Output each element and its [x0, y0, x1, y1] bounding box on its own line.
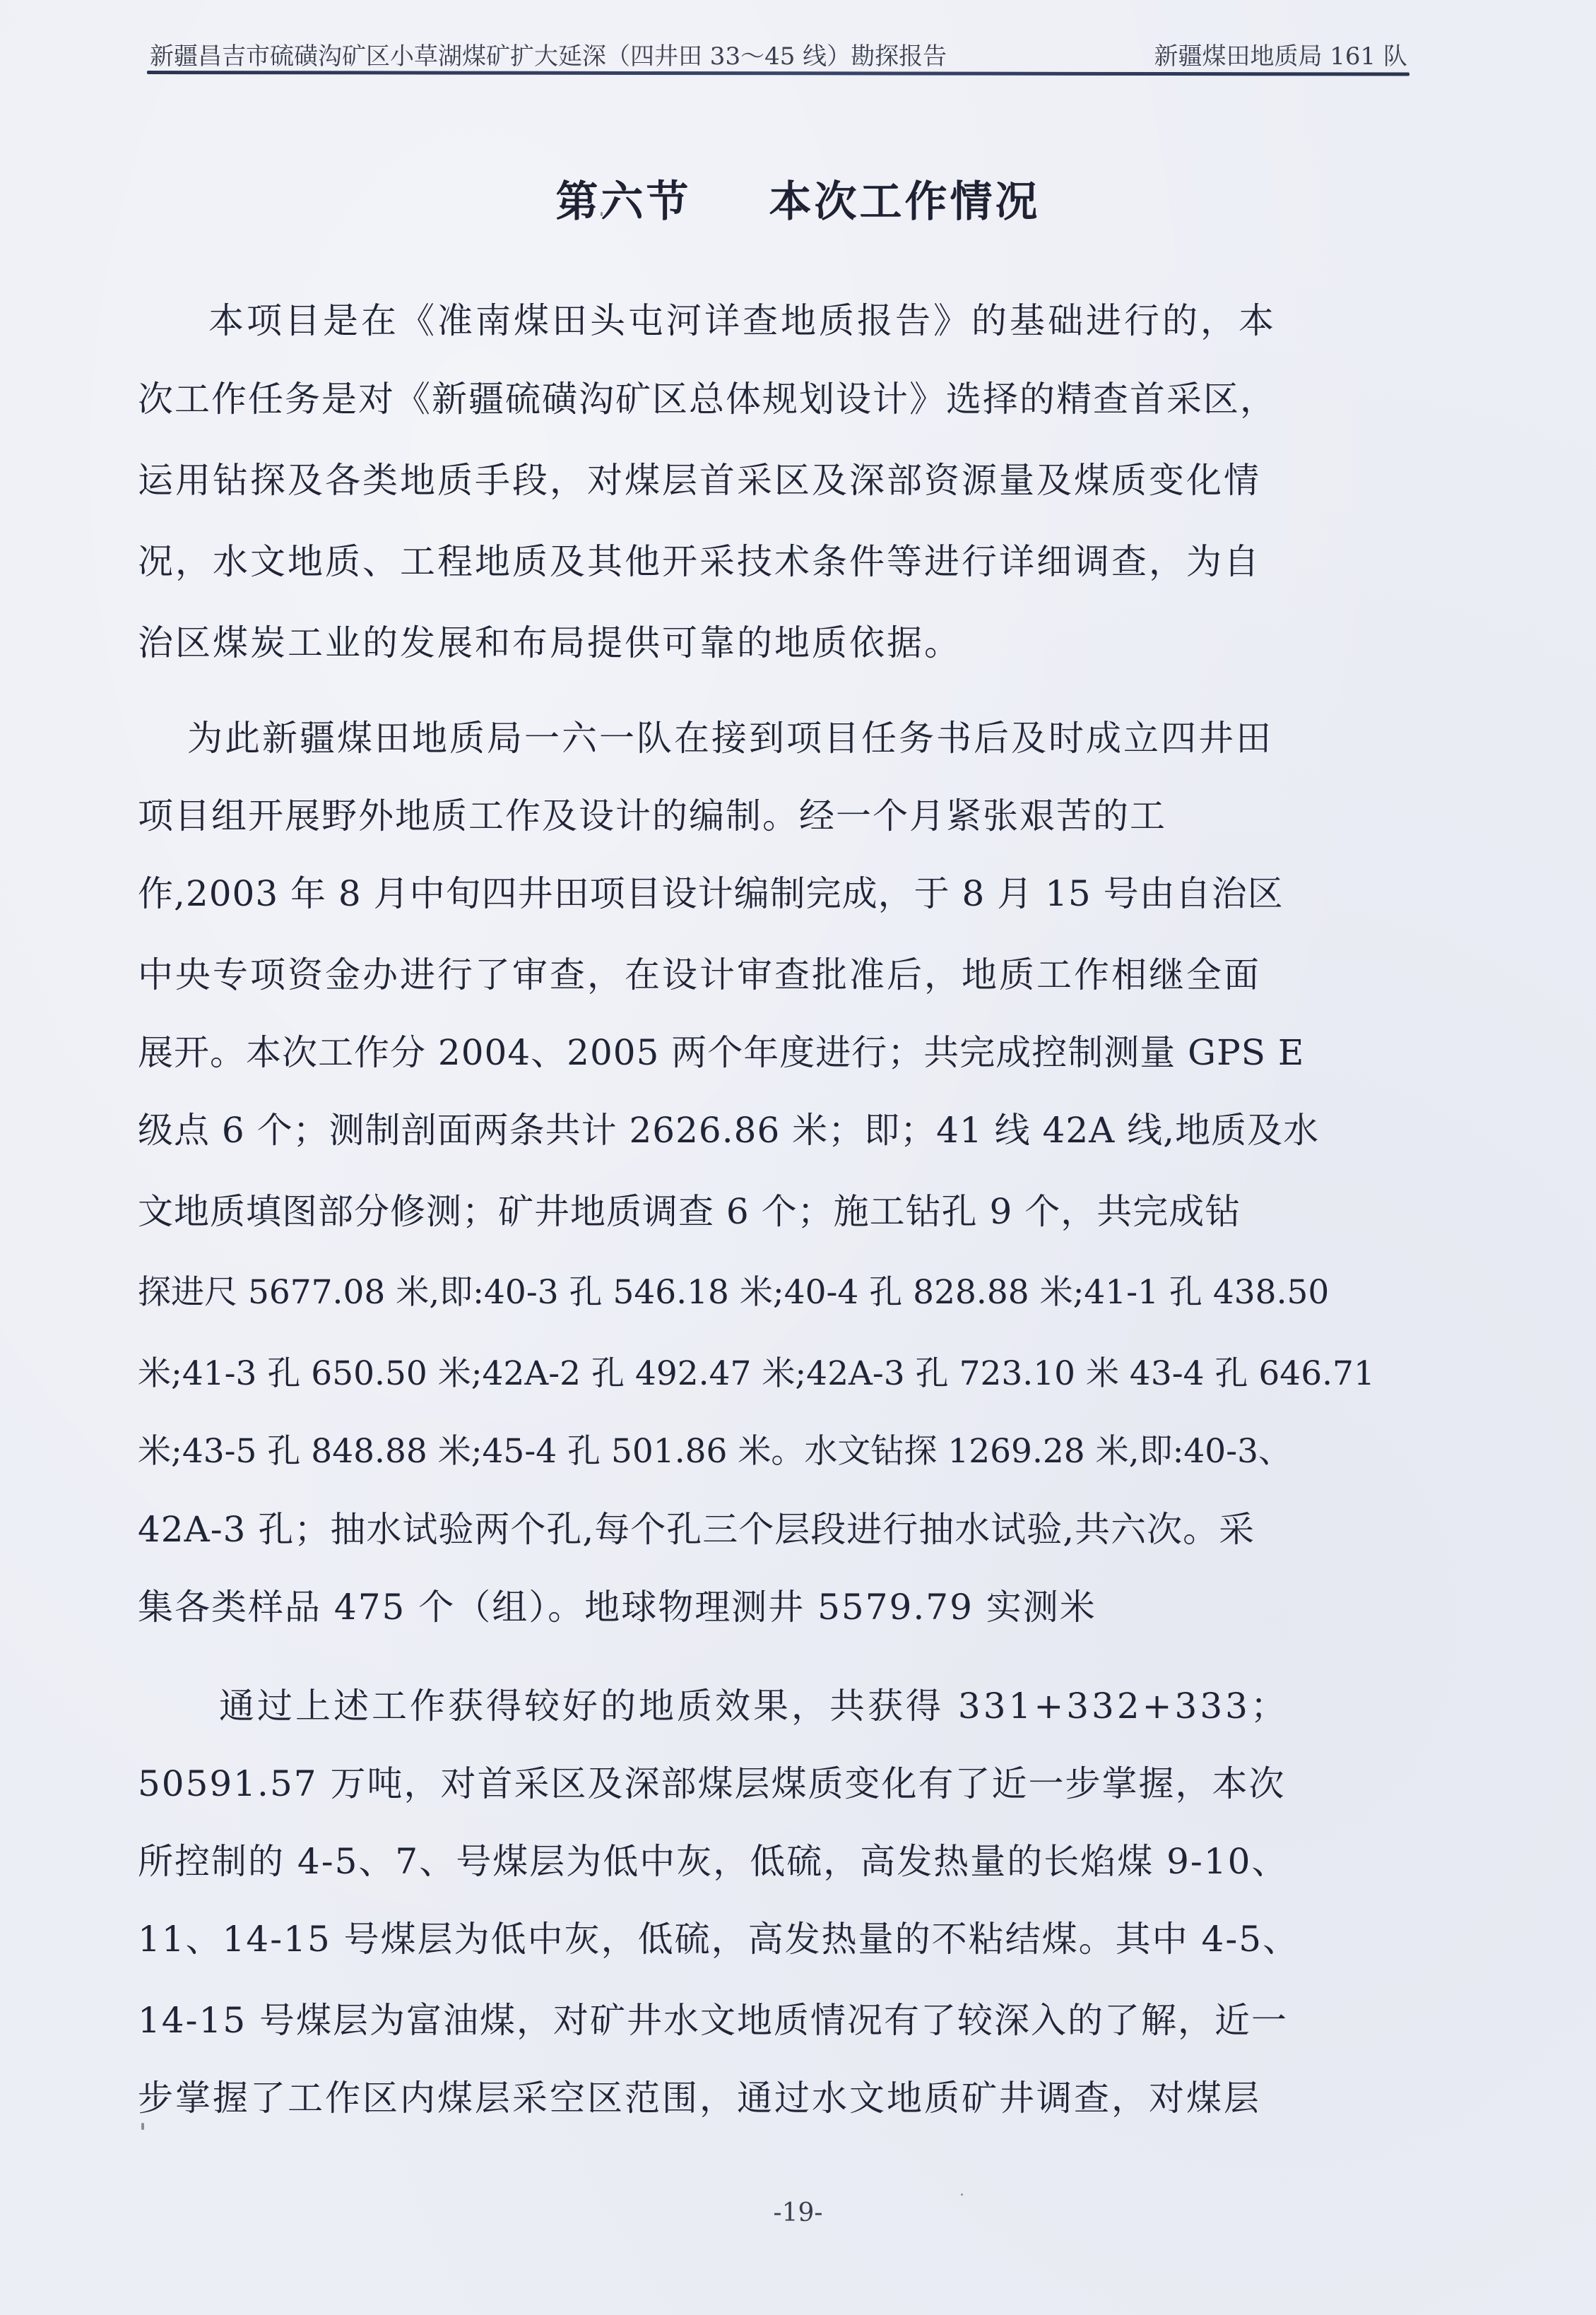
text-line: 运用钻探及各类地质手段，对煤层首采区及深部资源量及煤质变化情 — [138, 456, 1261, 505]
section-number: 第六节 — [556, 177, 692, 227]
page-number: -19- — [0, 2198, 1596, 2227]
text-line: 14-15 号煤层为富油煤，对矿井水文地质情况有了较深入的了解，近一 — [138, 1996, 1288, 2045]
text-line: 治区煤炭工业的发展和布局提供可靠的地质依据。 — [138, 618, 962, 668]
scan-speck — [961, 2193, 963, 2196]
text-line: 项目组开展野外地质工作及设计的编制。经一个月紧张艰苦的工 — [138, 791, 1166, 841]
text-line: 况，水文地质、工程地质及其他开采技术条件等进行详细调查，为自 — [138, 537, 1261, 586]
text-line: 米;41-3 孔 650.50 米;42A-2 孔 492.47 米;42A-3… — [138, 1349, 1375, 1399]
text-line: 通过上述工作获得较好的地质效果，共获得 331+332+333； — [138, 1681, 1289, 1731]
section-title: 第六节本次工作情况 — [0, 168, 1596, 229]
text-line: 探进尺 5677.08 米,即:40-3 孔 546.18 米;40-4 孔 8… — [138, 1268, 1329, 1318]
text-line: 为此新疆煤田地质局一六一队在接到项目任务书后及时成立四井田 — [138, 714, 1273, 763]
text-line: 本项目是在《准南煤田头屯河详查地质报告》的基础进行的，本 — [138, 296, 1277, 345]
scan-speck — [601, 212, 603, 216]
text-line: 中央专项资金办进行了审查，在设计审查批准后，地质工作相继全面 — [138, 950, 1261, 1000]
section-heading: 本次工作情况 — [769, 177, 1041, 227]
text-line: 米;43-5 孔 848.88 米;45-4 孔 501.86 米。水文钻探 1… — [138, 1427, 1291, 1476]
text-line: 级点 6 个；测制剖面两条共计 2626.86 米；即；41 线 42A 线,地… — [138, 1106, 1319, 1155]
text-line: 50591.57 万吨，对首采区及深部煤层煤质变化有了近一步掌握，本次 — [138, 1759, 1285, 1808]
text-line: 所控制的 4-5、7、号煤层为低中灰，低硫，高发热量的长焰煤 9-10、 — [138, 1837, 1288, 1886]
text-line: 步掌握了工作区内煤层采空区范围，通过水文地质矿井调查，对煤层 — [138, 2073, 1261, 2123]
text-line: 文地质填图部分修测；矿井地质调查 6 个；施工钻孔 9 个，共完成钻 — [138, 1187, 1241, 1236]
report-title-header: 新疆昌吉市硫磺沟矿区小草湖煤矿扩大延深（四井田 33～45 线）勘探报告 — [150, 37, 947, 71]
organization-header: 新疆煤田地质局 161 队 — [1154, 37, 1407, 71]
text-line: 次工作任务是对《新疆硫磺沟矿区总体规划设计》选择的精查首采区， — [138, 374, 1277, 424]
running-header: 新疆昌吉市硫磺沟矿区小草湖煤矿扩大延深（四井田 33～45 线）勘探报告 新疆煤… — [150, 32, 1407, 72]
text-line: 11、14-15 号煤层为低中灰，低硫，高发热量的不粘结煤。其中 4-5、 — [138, 1914, 1299, 1964]
text-line: 作,2003 年 8 月中旬四井田项目设计编制完成，于 8 月 15 号由自治区 — [138, 869, 1284, 918]
scanned-page: 新疆昌吉市硫磺沟矿区小草湖煤矿扩大延深（四井田 33～45 线）勘探报告 新疆煤… — [0, 0, 1596, 2315]
scan-speck — [141, 2123, 144, 2130]
text-line: 集各类样品 475 个（组）。地球物理测井 5579.79 实测米 — [138, 1582, 1096, 1632]
text-line: 42A-3 孔；抽水试验两个孔,每个孔三个层段进行抽水试验,共六次。采 — [138, 1505, 1255, 1554]
text-line: 展开。本次工作分 2004、2005 两个年度进行；共完成控制测量 GPS E — [138, 1028, 1304, 1077]
